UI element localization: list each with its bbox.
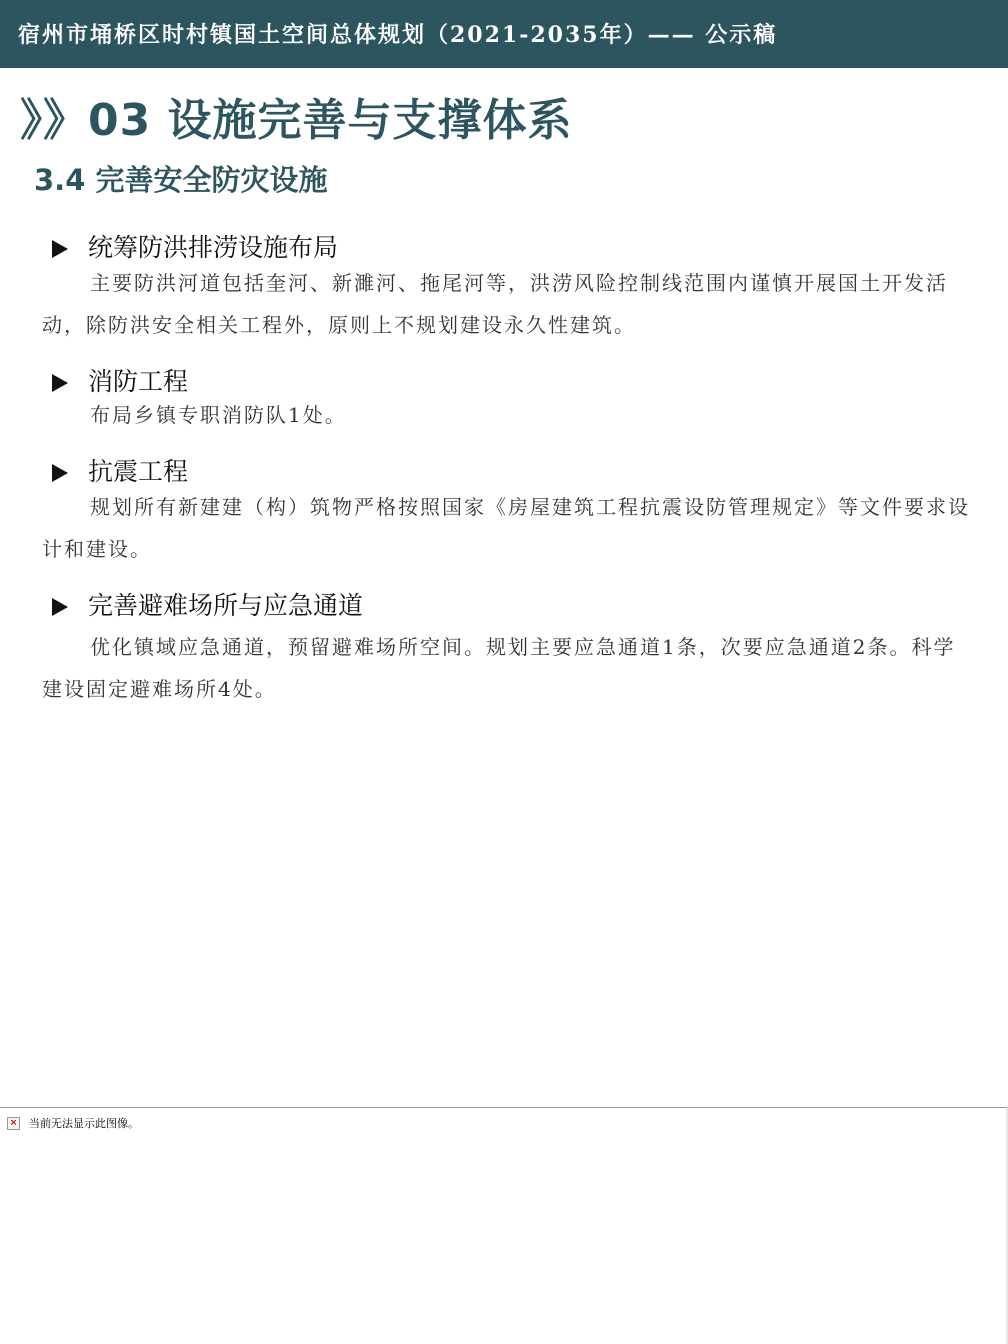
header-bar: 宿州市埇桥区时村镇国土空间总体规划（2021-2035年）—— 公示稿	[0, 0, 1008, 68]
item-heading-flood: 统筹防洪排涝设施布局	[52, 228, 338, 264]
item-heading-label: 抗震工程	[88, 457, 188, 486]
item-paragraph-shelter: 优化镇域应急通道，预留避难场所空间。规划主要应急通道1条，次要应急通道2条。科学…	[42, 626, 972, 710]
item-paragraph-earthquake: 规划所有新建建（构）筑物严格按照国家《房屋建筑工程抗震设防管理规定》等文件要求设…	[42, 486, 972, 570]
item-heading-label: 消防工程	[88, 367, 188, 396]
arrow-bullet-icon	[52, 240, 68, 258]
item-heading-earthquake: 抗震工程	[52, 452, 188, 488]
arrow-bullet-icon	[52, 464, 68, 482]
broken-image-icon: ×	[7, 1117, 20, 1130]
item-paragraph-fire: 布局乡镇专职消防队1处。	[42, 394, 972, 436]
chapter-title: 》》03 设施完善与支撑体系	[20, 84, 573, 148]
broken-image-message: 当前无法显示此图像。	[29, 1115, 139, 1131]
item-heading-label: 统筹防洪排涝设施布局	[88, 233, 338, 262]
item-paragraph-flood: 主要防洪河道包括奎河、新濉河、拖尾河等，洪涝风险控制线范围内谨慎开展国土开发活动…	[42, 262, 972, 346]
item-heading-fire: 消防工程	[52, 362, 188, 398]
arrow-bullet-icon	[52, 598, 68, 616]
item-heading-label: 完善避难场所与应急通道	[88, 591, 363, 620]
arrow-bullet-icon	[52, 374, 68, 392]
item-heading-shelter: 完善避难场所与应急通道	[52, 586, 363, 622]
broken-image-frame: × 当前无法显示此图像。	[0, 1107, 1008, 1344]
document-title: 宿州市埇桥区时村镇国土空间总体规划（2021-2035年）—— 公示稿	[18, 18, 777, 49]
section-title: 3.4 完善安全防灾设施	[34, 158, 327, 199]
